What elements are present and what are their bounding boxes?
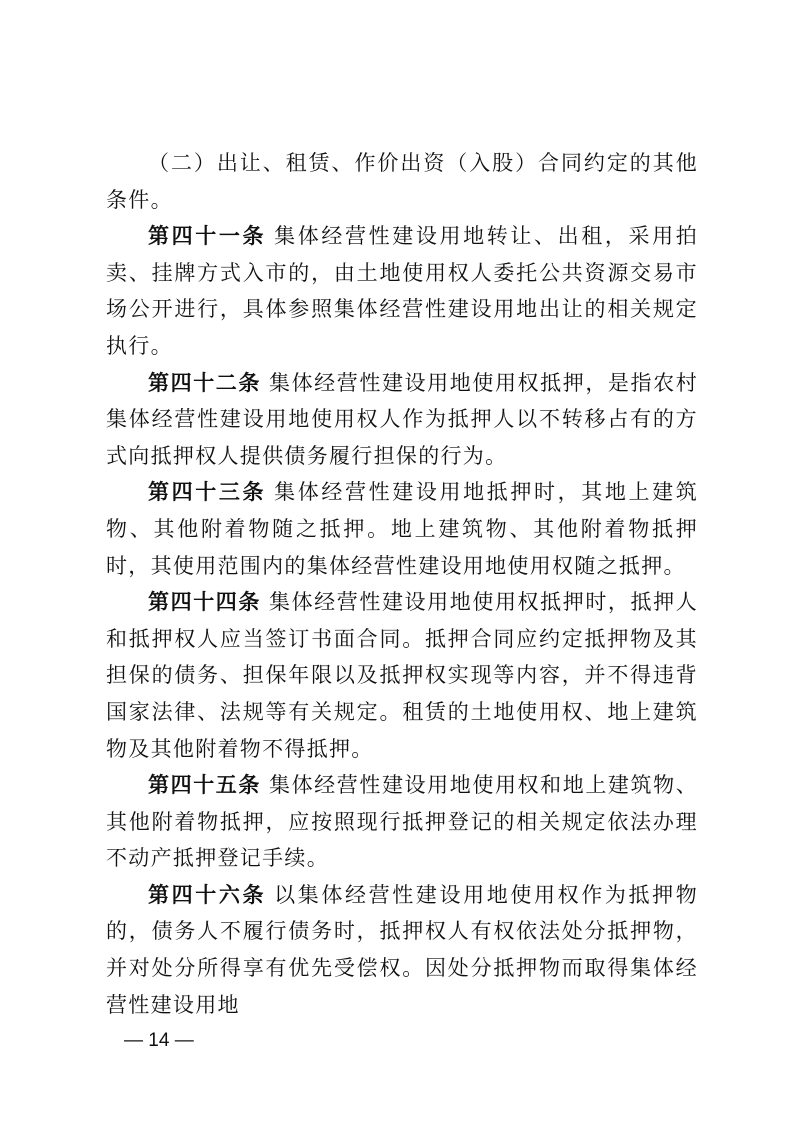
paragraph-article-44: 第四十四条集体经营性建设用地使用权抵押时，抵押人和抵押权人应当签订书面合同。抵押… — [106, 584, 698, 767]
article-label: 第四十六条 — [148, 883, 266, 907]
paragraph-article-45: 第四十五条集体经营性建设用地使用权和地上建筑物、其他附着物抵押，应按照现行抵押登… — [106, 767, 698, 877]
paragraph-text: 集体经营性建设用地使用权抵押时，抵押人和抵押权人应当签订书面合同。抵押合同应约定… — [106, 590, 698, 760]
article-label: 第四十五条 — [148, 773, 261, 797]
paragraph-text: （二）出让、租赁、作价出资（入股）合同约定的其他条件。 — [106, 151, 698, 212]
paragraph-article-46: 第四十六条以集体经营性建设用地使用权作为抵押物的，债务人不履行债务时，抵押权人有… — [106, 877, 698, 1023]
document-page: （二）出让、租赁、作价出资（入股）合同约定的其他条件。 第四十一条集体经营性建设… — [106, 145, 698, 1023]
page-number: — 14 — — [124, 1030, 194, 1052]
paragraph-clause-2: （二）出让、租赁、作价出资（入股）合同约定的其他条件。 — [106, 145, 698, 218]
article-label: 第四十四条 — [148, 590, 261, 614]
article-label: 第四十二条 — [148, 371, 261, 395]
article-label: 第四十一条 — [148, 224, 266, 248]
paragraph-article-42: 第四十二条集体经营性建设用地使用权抵押，是指农村集体经营性建设用地使用权人作为抵… — [106, 365, 698, 475]
paragraph-article-43: 第四十三条集体经营性建设用地抵押时，其地上建筑物、其他附着物随之抵押。地上建筑物… — [106, 474, 698, 584]
paragraph-article-41: 第四十一条集体经营性建设用地转让、出租，采用拍卖、挂牌方式入市的，由土地使用权人… — [106, 218, 698, 364]
article-label: 第四十三条 — [148, 480, 266, 504]
